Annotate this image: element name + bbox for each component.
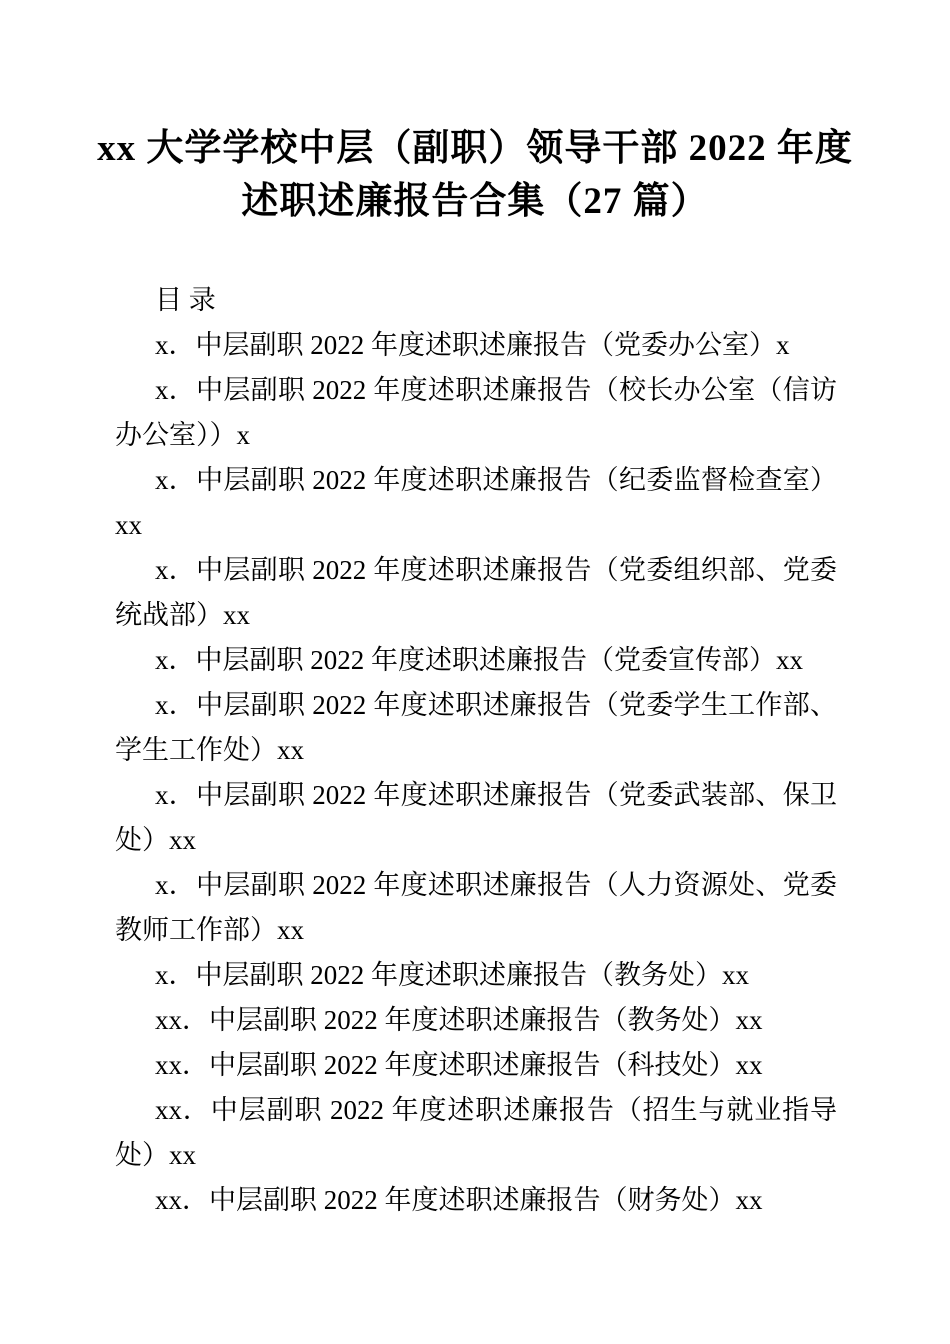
toc-heading: 目 录 [115,278,837,323]
toc-entry: x．中层副职 2022 年度述职述廉报告（党委办公室）x [115,323,837,368]
toc-entry: x．中层副职 2022 年度述职述廉报告（教务处）xx [115,953,837,998]
document-body: 目 录 x．中层副职 2022 年度述职述廉报告（党委办公室）xx．中层副职 2… [115,278,837,1223]
toc-entry: x．中层副职 2022 年度述职述廉报告（党委学生工作部、学生工作处）xx [115,683,837,773]
toc-entry: xx．中层副职 2022 年度述职述廉报告（教务处）xx [115,998,837,1043]
toc-entry: xx．中层副职 2022 年度述职述廉报告（财务处）xx [115,1178,837,1223]
toc-entry: x．中层副职 2022 年度述职述廉报告（校长办公室（信访办公室））x [115,368,837,458]
toc-entry: x．中层副职 2022 年度述职述廉报告（党委组织部、党委统战部）xx [115,548,837,638]
toc-entry: x．中层副职 2022 年度述职述廉报告（党委武装部、保卫处）xx [115,773,837,863]
document-page: xx 大学学校中层（副职）领导干部 2022 年度 述职述廉报告合集（27 篇）… [0,0,950,1344]
toc-entry: x．中层副职 2022 年度述职述廉报告（人力资源处、党委教师工作部）xx [115,863,837,953]
toc-entry: xx．中层副职 2022 年度述职述廉报告（科技处）xx [115,1043,837,1088]
toc-entry: x．中层副职 2022 年度述职述廉报告（纪委监督检查室）xx [115,458,837,548]
toc-entry: x．中层副职 2022 年度述职述廉报告（党委宣传部）xx [115,638,837,683]
document-title-line-2: 述职述廉报告合集（27 篇） [60,175,890,228]
toc-entry: xx．中层副职 2022 年度述职述廉报告（招生与就业指导处）xx [115,1088,837,1178]
toc-entries: x．中层副职 2022 年度述职述廉报告（党委办公室）xx．中层副职 2022 … [115,323,837,1223]
document-title-line-1: xx 大学学校中层（副职）领导干部 2022 年度 [60,122,890,175]
document-title: xx 大学学校中层（副职）领导干部 2022 年度 述职述廉报告合集（27 篇） [60,122,890,228]
